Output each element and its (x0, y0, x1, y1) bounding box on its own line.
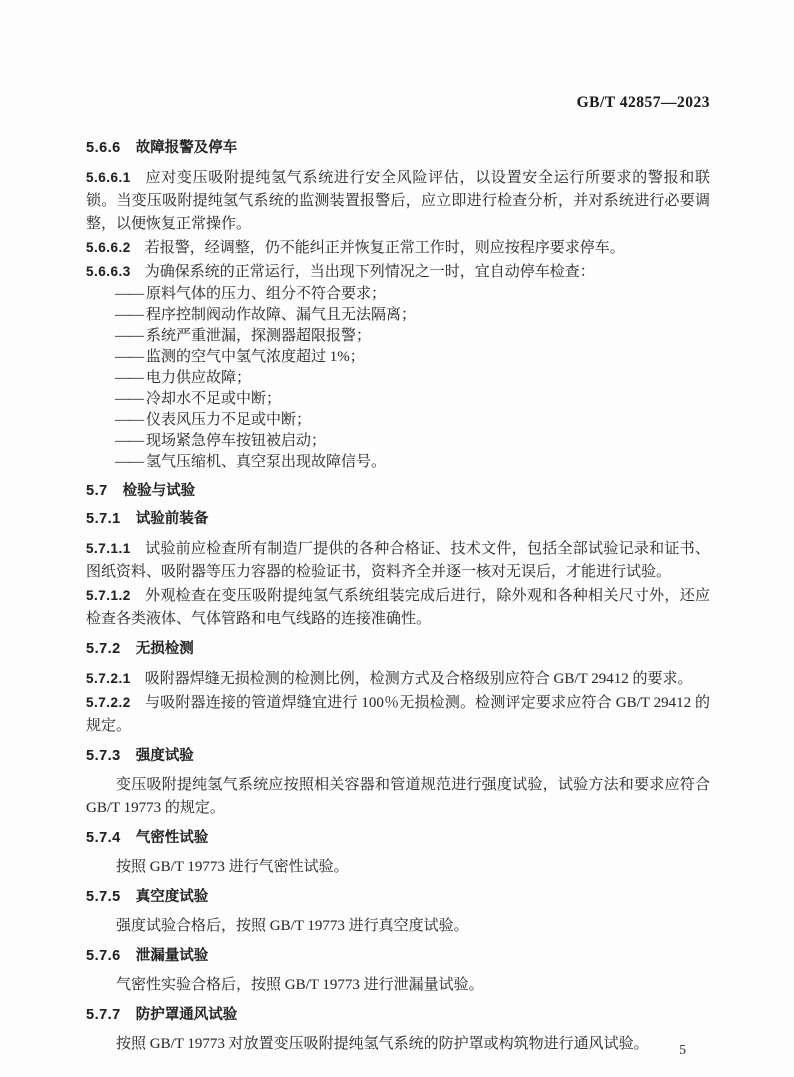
list-item: ——氢气压缩机、真空泵出现故障信号。 (115, 452, 710, 473)
dash-marker: —— (115, 391, 143, 407)
body-paragraph: 强度试验合格后，按照 GB/T 19773 进行真空度试验。 (86, 915, 710, 938)
clause-paragraph: 5.6.6.1应对变压吸附提纯氢气系统进行安全风险评估，以设置安全运行所要求的警… (86, 166, 710, 236)
clause-number: 5.7.1.2 (86, 588, 131, 603)
clause-paragraph: 5.7.2.1吸附器焊缝无损检测的检测比例，检测方式及合格级别应符合 GB/T … (86, 667, 710, 691)
list-item-text: 现场紧急停车按钮被启动； (146, 433, 326, 449)
section-number: 5.7.2 (86, 639, 121, 659)
list-item-text: 仪表风压力不足或中断； (146, 412, 311, 428)
list-item-text: 系统严重泄漏，探测器超限报警； (146, 328, 371, 344)
clause-paragraph: 5.7.2.2与吸附器连接的管道焊缝宜进行 100％无损检测。检测评定要求应符合… (86, 691, 710, 738)
section-heading: 5.7.5真空度试验 (86, 887, 710, 907)
list-item-text: 程序控制阀动作故障、漏气且无法隔离； (146, 307, 416, 323)
standard-number-header: GB/T 42857—2023 (86, 94, 710, 112)
dash-marker: —— (115, 370, 143, 386)
section-title: 真空度试验 (136, 889, 209, 905)
clause-number: 5.6.6.3 (86, 264, 131, 279)
list-item: ——程序控制阀动作故障、漏气且无法隔离； (115, 305, 710, 326)
dash-list: ——原料气体的压力、组分不符合要求；——程序控制阀动作故障、漏气且无法隔离；——… (86, 284, 710, 473)
section-title: 试验前装备 (136, 511, 209, 527)
clause-text: 外观检查在变压吸附提纯氢气系统组装完成后进行，除外观和各种相关尺寸外，还应检查各… (86, 588, 710, 627)
clause-number: 5.6.6.2 (86, 240, 131, 255)
section-heading: 5.7.1试验前装备 (86, 509, 710, 529)
section-heading: 5.7.2无损检测 (86, 639, 710, 659)
body-paragraph: 按照 GB/T 19773 对放置变压吸附提纯氢气系统的防护罩或构筑物进行通风试… (86, 1033, 710, 1056)
clause-text: 若报警，经调整，仍不能纠正并恢复正常工作时，则应按程序要求停车。 (145, 240, 625, 256)
list-item: ——冷却水不足或中断； (115, 389, 710, 410)
list-item: ——监测的空气中氢气浓度超过 1%； (115, 347, 710, 368)
list-item-text: 监测的空气中氢气浓度超过 1%； (146, 349, 365, 365)
list-item: ——原料气体的压力、组分不符合要求； (115, 284, 710, 305)
dash-marker: —— (115, 307, 143, 323)
section-heading: 5.6.6故障报警及停车 (86, 138, 710, 158)
clause-number: 5.7.2.1 (86, 671, 131, 686)
section-number: 5.7.7 (86, 1005, 121, 1025)
dash-marker: —— (115, 433, 143, 449)
section-number: 5.7.4 (86, 828, 121, 848)
body-paragraph: 变压吸附提纯氢气系统应按照相关容器和管道规范进行强度试验，试验方法和要求应符合 … (86, 774, 710, 820)
list-item: ——现场紧急停车按钮被启动； (115, 431, 710, 452)
clause-text: 应对变压吸附提纯氢气系统进行安全风险评估，以设置安全运行所要求的警报和联锁。当变… (86, 170, 710, 232)
clause-number: 5.7.2.2 (86, 695, 131, 710)
section-title: 气密性试验 (136, 830, 209, 846)
section-number: 5.7.1 (86, 509, 121, 529)
section-heading: 5.7.4气密性试验 (86, 828, 710, 848)
section-heading: 5.7.6泄漏量试验 (86, 946, 710, 966)
clause-text: 与吸附器连接的管道焊缝宜进行 100％无损检测。检测评定要求应符合 GB/T 2… (86, 695, 710, 734)
section-number: 5.7.6 (86, 946, 121, 966)
clause-paragraph: 5.6.6.3为确保系统的正常运行，当出现下列情况之一时，宜自动停车检查： (86, 260, 710, 284)
clause-text: 吸附器焊缝无损检测的检测比例，检测方式及合格级别应符合 GB/T 29412 的… (145, 671, 693, 687)
clause-number: 5.7.1.1 (86, 541, 131, 556)
dash-marker: —— (115, 349, 143, 365)
section-number: 5.7.5 (86, 887, 121, 907)
dash-marker: —— (115, 412, 143, 428)
list-item-text: 原料气体的压力、组分不符合要求； (146, 286, 386, 302)
list-item: ——系统严重泄漏，探测器超限报警； (115, 326, 710, 347)
section-title: 检验与试验 (123, 483, 196, 499)
document-page: GB/T 42857—2023 5.6.6故障报警及停车5.6.6.1应对变压吸… (0, 0, 794, 1077)
clause-paragraph: 5.7.1.2外观检查在变压吸附提纯氢气系统组装完成后进行，除外观和各种相关尺寸… (86, 584, 710, 631)
clause-paragraph: 5.6.6.2若报警，经调整，仍不能纠正并恢复正常工作时，则应按程序要求停车。 (86, 236, 710, 260)
list-item-text: 冷却水不足或中断； (146, 391, 281, 407)
clause-number: 5.6.6.1 (86, 170, 131, 185)
page-number: 5 (679, 1042, 686, 1058)
section-title: 防护罩通风试验 (136, 1007, 238, 1023)
clause-text: 试验前应检查所有制造厂提供的各种合格证、技术文件，包括全部试验记录和证书、图纸资… (86, 541, 710, 580)
section-heading: 5.7.7防护罩通风试验 (86, 1005, 710, 1025)
clause-paragraph: 5.7.1.1试验前应检查所有制造厂提供的各种合格证、技术文件，包括全部试验记录… (86, 537, 710, 584)
document-content: 5.6.6故障报警及停车5.6.6.1应对变压吸附提纯氢气系统进行安全风险评估，… (86, 138, 710, 1056)
section-title: 故障报警及停车 (136, 140, 238, 156)
section-title: 泄漏量试验 (136, 948, 209, 964)
list-item-text: 电力供应故障； (146, 370, 251, 386)
section-number: 5.6.6 (86, 138, 121, 158)
dash-marker: —— (115, 454, 143, 470)
section-number: 5.7.3 (86, 746, 121, 766)
clause-text: 为确保系统的正常运行，当出现下列情况之一时，宜自动停车检查： (145, 264, 595, 280)
section-title: 无损检测 (136, 641, 194, 657)
list-item-text: 氢气压缩机、真空泵出现故障信号。 (146, 454, 386, 470)
body-paragraph: 气密性实验合格后，按照 GB/T 19773 进行泄漏量试验。 (86, 974, 710, 997)
section-number: 5.7 (86, 481, 108, 501)
dash-marker: —— (115, 286, 143, 302)
body-paragraph: 按照 GB/T 19773 进行气密性试验。 (86, 856, 710, 879)
list-item: ——仪表风压力不足或中断； (115, 410, 710, 431)
list-item: ——电力供应故障； (115, 368, 710, 389)
section-heading: 5.7.3强度试验 (86, 746, 710, 766)
dash-marker: —— (115, 328, 143, 344)
section-title: 强度试验 (136, 748, 194, 764)
section-heading: 5.7检验与试验 (86, 481, 710, 501)
